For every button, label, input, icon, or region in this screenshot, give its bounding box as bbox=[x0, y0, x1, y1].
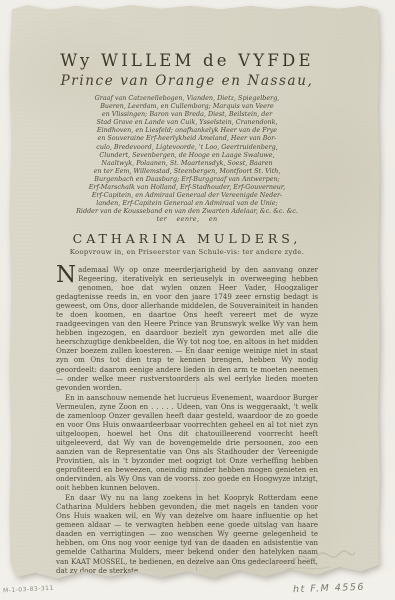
title-line: culo, Bredevoord, Ligtevoorde, 't Loo, G… bbox=[63, 143, 311, 151]
body-text: Nademaal Wy op onze meerderjarigheid by … bbox=[56, 265, 318, 575]
document-title-line1: Wy WILLEM de VYFDE bbox=[56, 51, 318, 70]
photo-of-document: Wy WILLEM de VYFDE Prince van Orange en … bbox=[0, 0, 395, 600]
title-line: Clundert, Sevenbergen, de Hooge en Laage… bbox=[63, 151, 311, 159]
title-line: Erf-Capitein, en Admiraal Generaal der V… bbox=[56, 191, 318, 199]
inventory-mark-right: ht F.M 4556 bbox=[293, 582, 365, 596]
title-line: landen, Erf-Capitein Generaal en Admiraa… bbox=[56, 199, 318, 207]
title-line: en ter Eem, Willemstad, Steenbergen, Mon… bbox=[63, 167, 311, 175]
title-line: en Souveraine Erf-heerlykheid Ameland, H… bbox=[63, 134, 311, 142]
title-line: Burgenbach en Daasburg; Erf-Burggraaf va… bbox=[63, 175, 311, 183]
title-line: Erf-Marschalk van Holland, Erf-Stadhoude… bbox=[56, 183, 318, 191]
title-line: Bueren, Leerdam, en Cullemborg; Marquis … bbox=[63, 102, 311, 110]
title-line: Naaltwyk, Polaanen, St. Maartensdyk, Soe… bbox=[63, 159, 311, 167]
printed-content: Wy WILLEM de VYFDE Prince van Orange en … bbox=[56, 51, 318, 589]
drop-cap: N bbox=[56, 265, 78, 285]
title-line: Eindhoven, en Liesfeld; onafhankelyk Hee… bbox=[63, 126, 311, 134]
title-line: Graaf van Catzenellebogen, Vianden, Diet… bbox=[63, 94, 311, 102]
title-line: en Vlissingen; Baron van Breda, Diest, B… bbox=[63, 110, 311, 118]
inventory-mark-left: M-1-03-83-311 bbox=[3, 585, 54, 595]
title-line: Ridder van de Kousseband en van den Zwar… bbox=[56, 207, 318, 215]
pencil-scribble bbox=[271, 548, 357, 574]
second-party-name: CATHARINA MULDERS, bbox=[56, 231, 318, 246]
signature-row: A ban- bbox=[56, 577, 318, 589]
title-line: Stad Grave en Lande van Cuik, Ysselstein… bbox=[63, 118, 311, 126]
paragraph-2: En in aanschouw nemende het lucrueus Eve… bbox=[56, 393, 318, 493]
paragraph-1-text: ademaal Wy op onze meerderjarigheid by d… bbox=[56, 265, 318, 392]
title-closing-line: ter eenre, en bbox=[63, 215, 311, 223]
gathering-signature-mark: A bbox=[184, 577, 189, 586]
document-title-line2: Prince van Orange en Nassau, bbox=[56, 73, 318, 89]
paragraph-1: Nademaal Wy op onze meerderjarigheid by … bbox=[56, 265, 318, 392]
paper-sheet: Wy WILLEM de VYFDE Prince van Orange en … bbox=[9, 4, 380, 583]
paper-sheet-wrap: Wy WILLEM de VYFDE Prince van Orange en … bbox=[9, 4, 380, 583]
second-party-description: Koopvrouw in, en Priseerster van Schule-… bbox=[56, 248, 318, 256]
titles-block: Graaf van Catzenellebogen, Vianden, Diet… bbox=[63, 94, 311, 224]
